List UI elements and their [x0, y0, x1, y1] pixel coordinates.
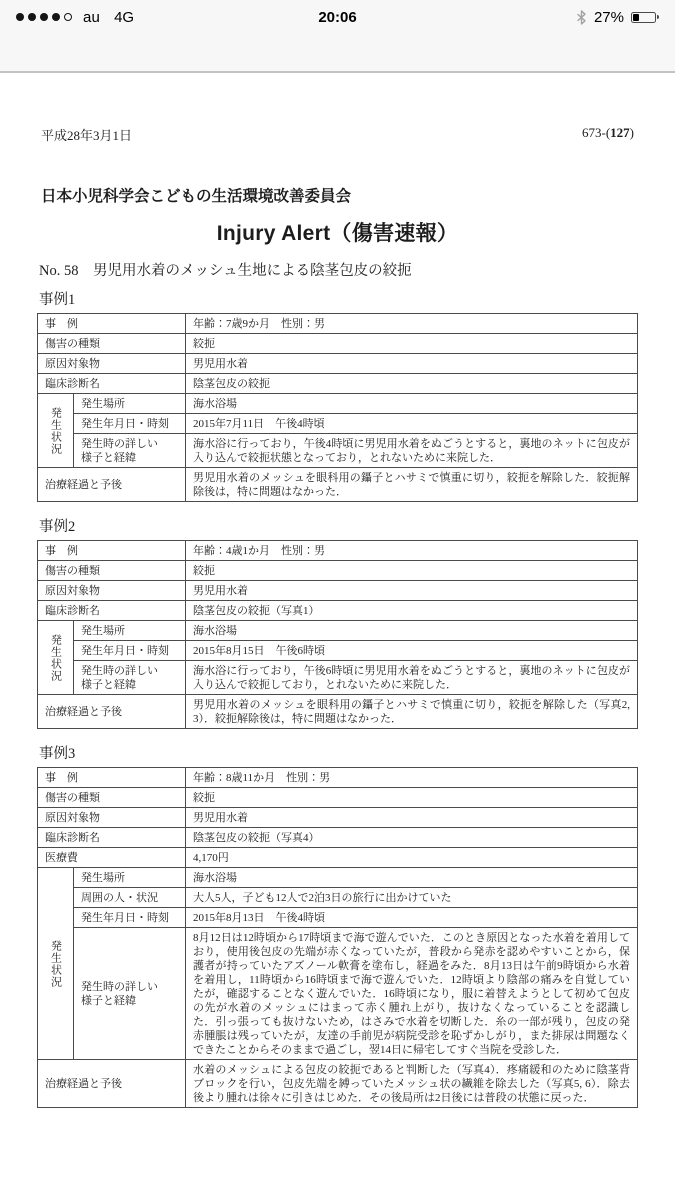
place-value: 海水浴場 [186, 621, 638, 641]
document-title: Injury Alert（傷害速報） [37, 217, 638, 247]
datetime-label: 発生年月日・時刻 [74, 414, 186, 434]
treatment-value: 男児用水着のメッシュを眼科用の鑷子とハサミで慎重に切り，絞扼を解除した．絞扼解除… [186, 468, 638, 502]
report-title: No. 58 男児用水着のメッシュ生地による陰茎包皮の絞扼 [37, 259, 638, 280]
document-header: 平成28年3月1日 673-(127) [37, 125, 638, 144]
treatment-label: 治療経過と予後 [38, 695, 186, 729]
situation-label-vertical: 発生状況 [38, 621, 74, 695]
network-type-label: 4G [114, 9, 134, 26]
cause-object-label: 原因対象物 [38, 581, 186, 601]
diagnosis-label: 臨床診断名 [38, 374, 186, 394]
document-date: 平成28年3月1日 [41, 125, 132, 144]
table-row: 発生状況 発生場所 海水浴場 [38, 868, 638, 888]
phone-screen: au 4G 20:06 27% 平成28年3月1日 673-(127) 日本小児… [0, 0, 675, 1200]
situation-label-vertical: 発生状況 [38, 868, 74, 1060]
cause-object-value: 男児用水着 [186, 808, 638, 828]
signal-dot [40, 13, 48, 21]
committee-name: 日本小児科学会こどもの生活環境改善委員会 [37, 184, 638, 206]
bluetooth-icon [576, 10, 587, 25]
signal-dot [64, 13, 72, 21]
case-field-value: 年齢：4歳1か月 性別：男 [186, 541, 638, 561]
details-label: 発生時の詳しい 様子と経緯 [74, 928, 186, 1060]
table-row: 臨床診断名 陰茎包皮の絞扼（写真1） [38, 601, 638, 621]
datetime-value: 2015年8月15日 午後6時頃 [186, 641, 638, 661]
table-row: 周囲の人・状況 大人5人，子ども12人で2泊3日の旅行に出かけていた [38, 888, 638, 908]
details-value: 8月12日は12時頃から17時頃まで海で遊んでいた．このとき原因となった水着を着… [186, 928, 638, 1060]
signal-dot [28, 13, 36, 21]
place-label: 発生場所 [74, 868, 186, 888]
diagnosis-value: 陰茎包皮の絞扼（写真4） [186, 828, 638, 848]
signal-dot [52, 13, 60, 21]
place-label: 発生場所 [74, 621, 186, 641]
datetime-label: 発生年月日・時刻 [74, 908, 186, 928]
medical-cost-label: 医療費 [38, 848, 186, 868]
case1-heading: 事例1 [39, 288, 638, 309]
treatment-label: 治療経過と予後 [38, 468, 186, 502]
battery-icon [631, 12, 659, 23]
status-bar: au 4G 20:06 27% [0, 0, 675, 73]
datetime-value: 2015年8月13日 午後4時頃 [186, 908, 638, 928]
datetime-value: 2015年7月11日 午後4時頃 [186, 414, 638, 434]
table-row: 治療経過と予後 男児用水着のメッシュを眼科用の鑷子とハサミで慎重に切り，絞扼を解… [38, 695, 638, 729]
table-row: 治療経過と予後 水着のメッシュによる包皮の絞扼であると判断した（写真4）．疼痛緩… [38, 1060, 638, 1108]
place-label: 発生場所 [74, 394, 186, 414]
battery-fill [633, 14, 639, 21]
datetime-label: 発生年月日・時刻 [74, 641, 186, 661]
table-row: 治療経過と予後 男児用水着のメッシュを眼科用の鑷子とハサミで慎重に切り，絞扼を解… [38, 468, 638, 502]
table-row: 発生状況 発生場所 海水浴場 [38, 621, 638, 641]
table-row: 原因対象物 男児用水着 [38, 808, 638, 828]
table-row: 発生年月日・時刻 2015年7月11日 午後4時頃 [38, 414, 638, 434]
case3-table: 事 例 年齢：8歳11か月 性別：男 傷害の種類 絞扼 原因対象物 男児用水着 … [37, 767, 638, 1108]
status-bar-row: au 4G 20:06 27% [0, 0, 675, 34]
details-value: 海水浴に行っており，午後4時頃に男児用水着をぬごうとすると，裏地のネットに包皮が… [186, 434, 638, 468]
table-row: 発生年月日・時刻 2015年8月13日 午後4時頃 [38, 908, 638, 928]
case2-table: 事 例 年齢：4歳1か月 性別：男 傷害の種類 絞扼 原因対象物 男児用水着 臨… [37, 540, 638, 729]
situation-label-vertical: 発生状況 [38, 394, 74, 468]
table-row: 発生年月日・時刻 2015年8月15日 午後6時頃 [38, 641, 638, 661]
table-row: 発生時の詳しい 様子と経緯 海水浴に行っており，午後6時頃に男児用水着をぬごうと… [38, 661, 638, 695]
status-bar-right: 27% [576, 9, 659, 26]
people-around-value: 大人5人，子ども12人で2泊3日の旅行に出かけていた [186, 888, 638, 908]
injury-type-value: 絞扼 [186, 788, 638, 808]
treatment-value: 水着のメッシュによる包皮の絞扼であると判断した（写真4）．疼痛緩和のために陰茎背… [186, 1060, 638, 1108]
case2-heading: 事例2 [39, 515, 638, 536]
cause-object-value: 男児用水着 [186, 354, 638, 374]
medical-cost-value: 4,170円 [186, 848, 638, 868]
table-row: 発生状況 発生場所 海水浴場 [38, 394, 638, 414]
table-row: 傷害の種類 絞扼 [38, 561, 638, 581]
diagnosis-value: 陰茎包皮の絞扼 [186, 374, 638, 394]
cause-object-value: 男児用水着 [186, 581, 638, 601]
cause-object-label: 原因対象物 [38, 808, 186, 828]
diagnosis-label: 臨床診断名 [38, 828, 186, 848]
details-label: 発生時の詳しい 様子と経緯 [74, 661, 186, 695]
signal-dot [16, 13, 24, 21]
page-number: 673-(127) [582, 125, 634, 144]
place-value: 海水浴場 [186, 394, 638, 414]
people-around-label: 周囲の人・状況 [74, 888, 186, 908]
table-row: 医療費 4,170円 [38, 848, 638, 868]
cause-object-label: 原因対象物 [38, 354, 186, 374]
table-row: 原因対象物 男児用水着 [38, 581, 638, 601]
table-row: 臨床診断名 陰茎包皮の絞扼 [38, 374, 638, 394]
table-row: 発生時の詳しい 様子と経緯 8月12日は12時頃から17時頃まで海で遊んでいた．… [38, 928, 638, 1060]
details-value: 海水浴に行っており，午後6時頃に男児用水着をぬごうとすると，裏地のネットに包皮が… [186, 661, 638, 695]
table-row: 傷害の種類 絞扼 [38, 334, 638, 354]
injury-type-label: 傷害の種類 [38, 561, 186, 581]
case-field-value: 年齢：7歳9か月 性別：男 [186, 314, 638, 334]
injury-type-value: 絞扼 [186, 334, 638, 354]
injury-type-label: 傷害の種類 [38, 788, 186, 808]
case-field-value: 年齢：8歳11か月 性別：男 [186, 768, 638, 788]
case-field-label: 事 例 [38, 314, 186, 334]
carrier-label: au [83, 9, 100, 26]
case1-table: 事 例 年齢：7歳9か月 性別：男 傷害の種類 絞扼 原因対象物 男児用水着 臨… [37, 313, 638, 502]
table-row: 事 例 年齢：4歳1か月 性別：男 [38, 541, 638, 561]
diagnosis-label: 臨床診断名 [38, 601, 186, 621]
treatment-value: 男児用水着のメッシュを眼科用の鑷子とハサミで慎重に切り，絞扼を解除した（写真2,… [186, 695, 638, 729]
treatment-label: 治療経過と予後 [38, 1060, 186, 1108]
case-field-label: 事 例 [38, 768, 186, 788]
case3-heading: 事例3 [39, 742, 638, 763]
details-label: 発生時の詳しい 様子と経緯 [74, 434, 186, 468]
table-row: 原因対象物 男児用水着 [38, 354, 638, 374]
case-field-label: 事 例 [38, 541, 186, 561]
diagnosis-value: 陰茎包皮の絞扼（写真1） [186, 601, 638, 621]
table-row: 事 例 年齢：8歳11か月 性別：男 [38, 768, 638, 788]
injury-type-value: 絞扼 [186, 561, 638, 581]
injury-type-label: 傷害の種類 [38, 334, 186, 354]
signal-strength-icon [16, 13, 72, 21]
table-row: 臨床診断名 陰茎包皮の絞扼（写真4） [38, 828, 638, 848]
table-row: 事 例 年齢：7歳9か月 性別：男 [38, 314, 638, 334]
battery-percent: 27% [594, 9, 624, 26]
place-value: 海水浴場 [186, 868, 638, 888]
document-page[interactable]: 平成28年3月1日 673-(127) 日本小児科学会こどもの生活環境改善委員会… [0, 125, 675, 1108]
clock: 20:06 [0, 9, 675, 26]
table-row: 傷害の種類 絞扼 [38, 788, 638, 808]
table-row: 発生時の詳しい 様子と経緯 海水浴に行っており，午後4時頃に男児用水着をぬごうと… [38, 434, 638, 468]
